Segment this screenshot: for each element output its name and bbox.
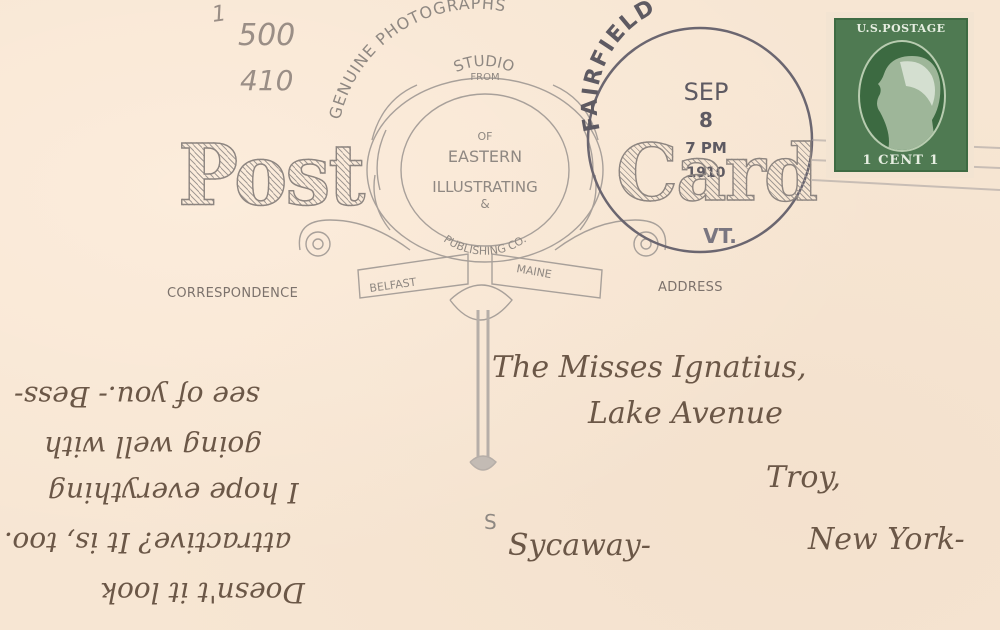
address-line-3: Troy, [766,460,841,495]
correspondence-label: CORRESPONDENCE [167,286,298,301]
address-line-4: New York- [808,522,965,557]
sender-location: Sycaway- [508,528,651,563]
svg-text:SEP: SEP [684,78,729,106]
stamp-frame: U.S.POSTAGE 1 CENT 1 [834,18,968,172]
postage-stamp: U.S.POSTAGE 1 CENT 1 [826,12,974,178]
svg-text:EASTERN: EASTERN [448,147,522,166]
stamp-denomination: 1 CENT 1 [836,153,966,168]
message-line-1: Doesn't it look [100,576,305,609]
card-word-heading: Card [616,128,816,219]
message-line-4: going well with [44,430,262,463]
message-line-2: attractive? It is, too. [4,526,291,559]
svg-text:VT.: VT. [703,224,737,248]
svg-text:FAIRFIELD: FAIRFIELD [578,0,661,134]
svg-text:FROM: FROM [470,72,499,83]
svg-text:ILLUSTRATING: ILLUSTRATING [432,178,537,196]
address-line-2: Lake Avenue [588,396,783,431]
divider-mark: S [484,510,497,534]
svg-text:&: & [480,197,489,211]
washington-portrait-icon [858,40,946,152]
postcard-back: 1 500 410 [0,0,1000,630]
address-line-1: The Misses Ignatius, [492,350,807,385]
svg-text:MAINE: MAINE [515,262,552,281]
message-line-3: I hope everything [48,476,299,509]
post-word-heading: Post [178,126,363,225]
svg-text:OF: OF [478,130,493,143]
svg-text:PUBLISHING CO.: PUBLISHING CO. [441,233,528,258]
stamp-title: U.S.POSTAGE [836,22,966,35]
message-line-5: see of you.- Bess- [14,380,260,413]
address-label: ADDRESS [658,280,723,295]
